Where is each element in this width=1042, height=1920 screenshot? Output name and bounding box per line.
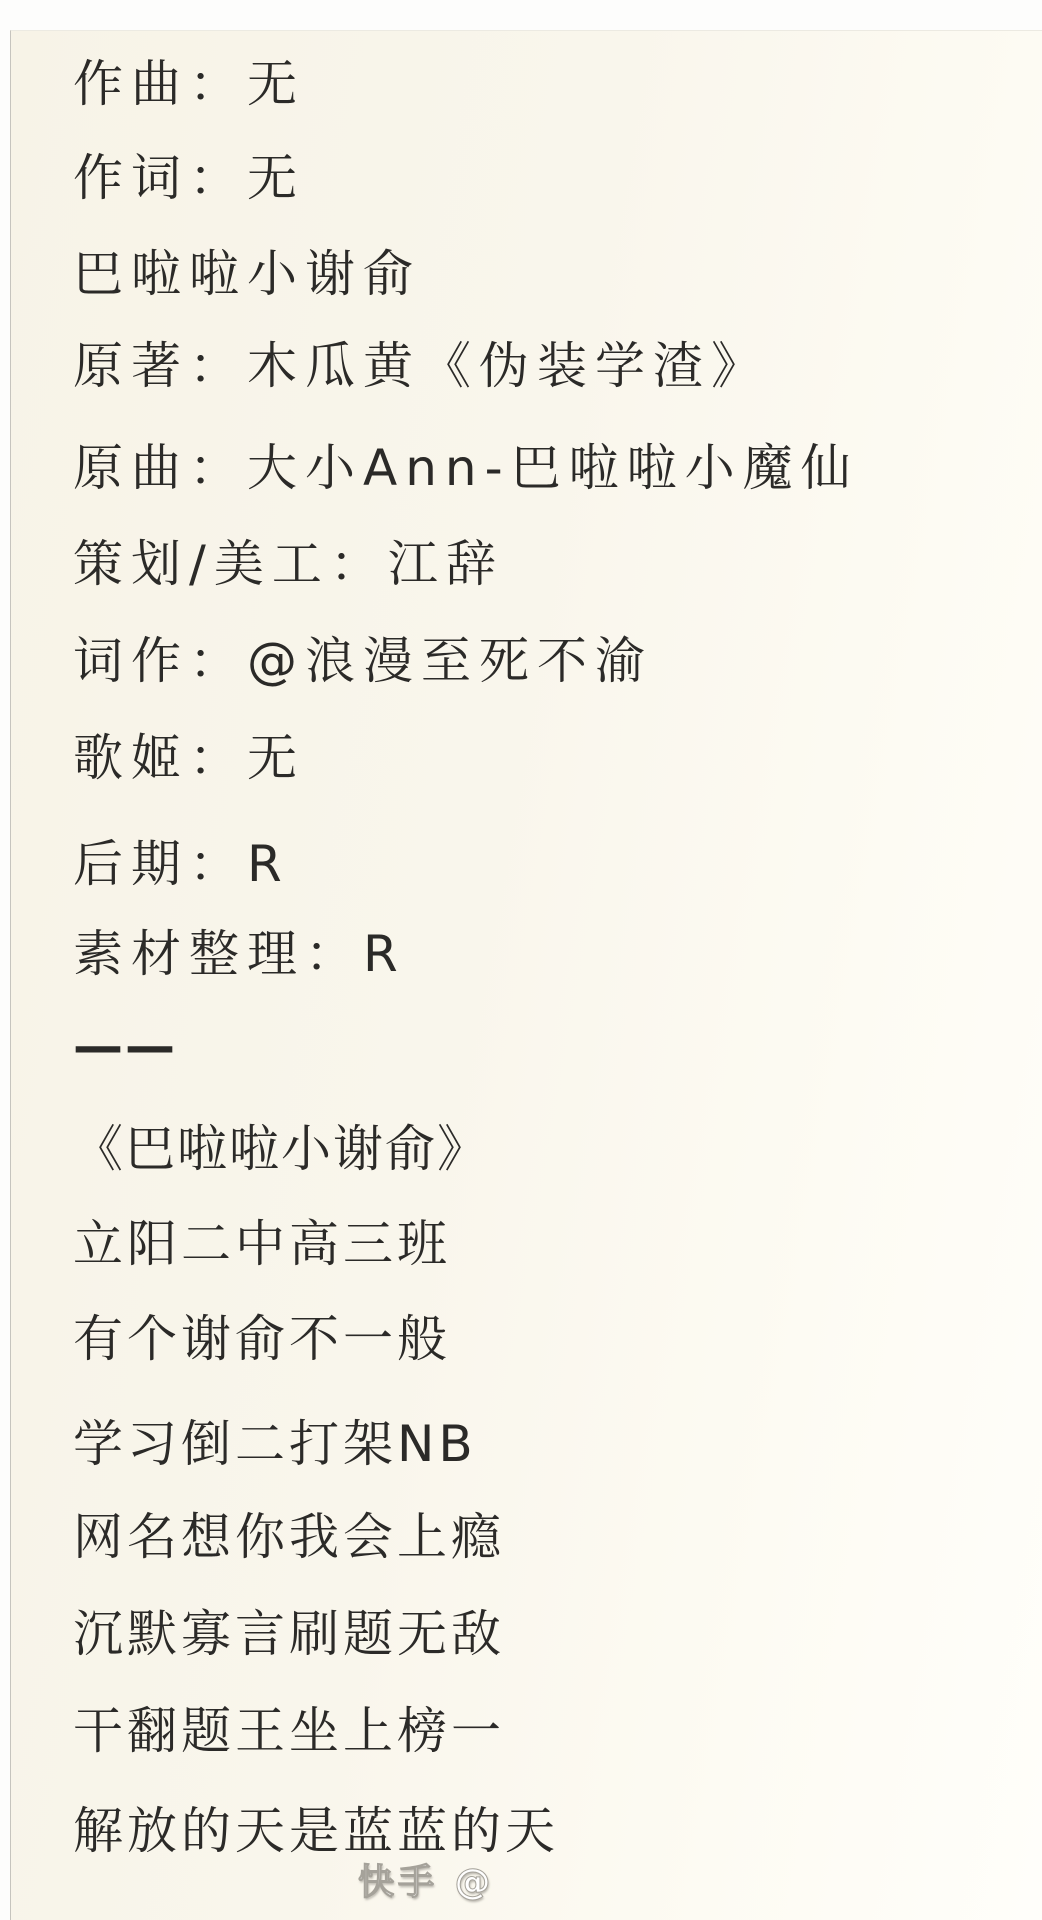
credit-line-materials: 素材整理：R [73, 926, 406, 982]
credit-line-planning-art: 策划/美工：江辞 [73, 536, 504, 592]
lyric-line-4: 网名想你我会上瘾 [73, 1509, 505, 1565]
credit-line-mixing: 后期：R [73, 836, 290, 892]
lyric-line-3: 学习倒二打架NB [73, 1416, 477, 1472]
lyric-line-7: 解放的天是蓝蓝的天 [73, 1803, 559, 1859]
credit-line-song-name: 巴啦啦小谢俞 [73, 246, 421, 302]
kuaishou-watermark: 快手 @ [358, 1862, 495, 1904]
lyric-line-2: 有个谢俞不一般 [73, 1311, 451, 1367]
lyrics-title: 《巴啦啦小谢俞》 [73, 1121, 489, 1177]
credit-line-lyrics-writer: 词作：@浪漫至死不渝 [73, 633, 653, 689]
credit-line-original-work: 原著：木瓜黄《伪装学渣》 [73, 338, 769, 394]
section-divider: —— [73, 1018, 177, 1074]
screenshot-canvas: 作曲：无 作词：无 巴啦啦小谢俞 原著：木瓜黄《伪装学渣》 原曲：大小Ann-巴… [0, 0, 1042, 1920]
credit-line-original-song: 原曲：大小Ann-巴啦啦小魔仙 [73, 440, 859, 496]
lyric-line-5: 沉默寡言刷题无敌 [73, 1606, 505, 1662]
lyric-line-1: 立阳二中高三班 [73, 1216, 451, 1272]
credit-line-composer: 作曲：无 [73, 56, 305, 112]
credit-line-vocalist: 歌姬：无 [73, 730, 305, 786]
lyric-line-6: 干翻题王坐上榜一 [73, 1703, 505, 1759]
credit-line-lyricist: 作词：无 [73, 150, 305, 206]
